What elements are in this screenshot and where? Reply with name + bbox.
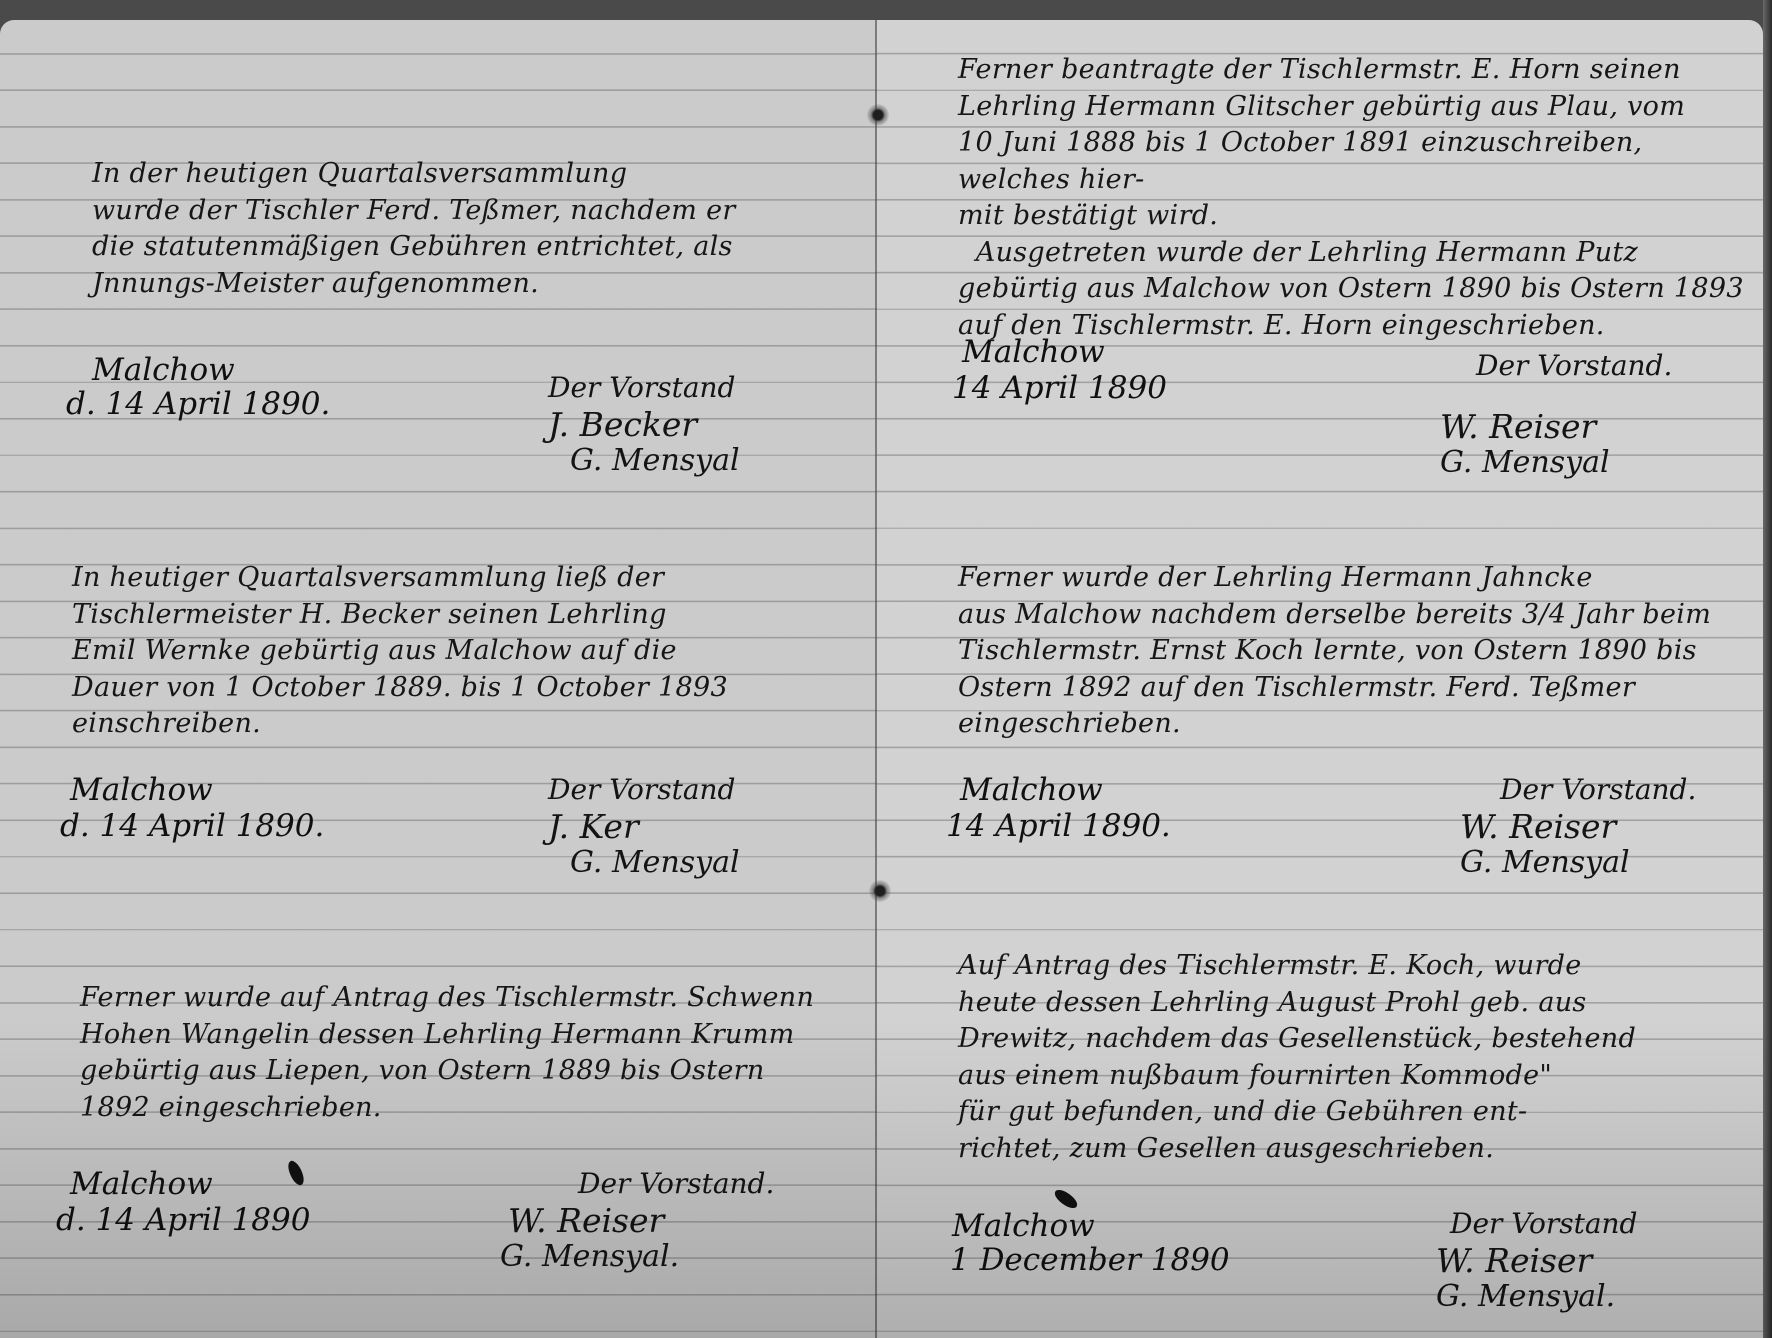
entry-text: Ferner wurde auf Antrag des Tischlermstr… (80, 980, 870, 1126)
signature-heading: Der Vorstand. (1476, 349, 1672, 382)
signature-name: W. Reiser (1440, 409, 1672, 446)
signature-block: Der Vorstand. W. Reiser G. Mensyal (1460, 772, 1696, 882)
signature-name: G. Mensyal (1460, 845, 1696, 882)
binding-gutter (875, 20, 877, 1338)
entry-text: Ferner wurde der Lehrling Hermann Jahnck… (958, 560, 1758, 743)
entry-text: Ferner beantragte der Tischlermstr. E. H… (958, 52, 1758, 344)
signature-heading: Der Vorstand (548, 371, 735, 404)
signature-heading: Der Vorstand (1450, 1207, 1637, 1240)
entry-place: Malchow (952, 1208, 1095, 1244)
signature-block: Der Vorstand J. Ker G. Mensyal (548, 772, 740, 882)
entry-left-2: In heutiger Quartalsversammlung ließ der… (72, 560, 852, 743)
signature-name: J. Ker (548, 809, 740, 846)
entry-date: d. 14 April 1890 (56, 1202, 310, 1238)
signature-name: G. Mensyal. (1436, 1279, 1637, 1316)
signature-name: G. Mensyal. (500, 1239, 774, 1276)
signature-name: G. Mensyal (1440, 445, 1672, 482)
entry-right-1: Ferner beantragte der Tischlermstr. E. H… (958, 52, 1758, 344)
entry-right-3: Auf Antrag des Tischlermstr. E. Koch, wu… (958, 948, 1758, 1167)
signature-heading: Der Vorstand (548, 773, 735, 806)
signature-name: G. Mensyal (570, 443, 740, 480)
signature-block: Der Vorstand. W. Reiser G. Mensyal (1440, 348, 1672, 482)
signature-name: J. Becker (548, 407, 740, 444)
entry-place: Malchow (962, 334, 1105, 370)
entry-place: Malchow (70, 772, 213, 808)
entry-date: d. 14 April 1890. (60, 808, 324, 844)
page-edge (1763, 0, 1772, 1338)
signature-block: Der Vorstand W. Reiser G. Mensyal. (1436, 1206, 1637, 1316)
entry-date: 1 December 1890 (950, 1242, 1230, 1278)
entry-date: d. 14 April 1890. (66, 386, 330, 422)
entry-date: 14 April 1890. (946, 808, 1171, 844)
signature-name: G. Mensyal (570, 845, 740, 882)
signature-heading: Der Vorstand. (578, 1167, 774, 1200)
entry-text: In heutiger Quartalsversammlung ließ der… (72, 560, 852, 743)
signature-block: Der Vorstand. W. Reiser G. Mensyal. (478, 1166, 774, 1276)
entry-text: Auf Antrag des Tischlermstr. E. Koch, wu… (958, 948, 1758, 1167)
signature-name: W. Reiser (1460, 809, 1696, 846)
signature-name: W. Reiser (508, 1203, 774, 1240)
entry-place: Malchow (92, 352, 235, 388)
notebook-spread: In der heutigen Quartalsversammlung wurd… (0, 0, 1772, 1338)
signature-heading: Der Vorstand. (1500, 773, 1696, 806)
entry-text: In der heutigen Quartalsversammlung wurd… (92, 156, 852, 302)
staple-hole-icon (869, 880, 891, 902)
entry-left-1: In der heutigen Quartalsversammlung wurd… (92, 156, 852, 302)
entry-left-3: Ferner wurde auf Antrag des Tischlermstr… (80, 980, 870, 1126)
signature-name: W. Reiser (1436, 1243, 1637, 1280)
entry-date: 14 April 1890 (952, 370, 1167, 406)
entry-place: Malchow (960, 772, 1103, 808)
signature-block: Der Vorstand J. Becker G. Mensyal (548, 370, 740, 480)
entry-place: Malchow (70, 1166, 213, 1202)
staple-hole-icon (867, 104, 889, 126)
entry-right-2: Ferner wurde der Lehrling Hermann Jahnck… (958, 560, 1758, 743)
